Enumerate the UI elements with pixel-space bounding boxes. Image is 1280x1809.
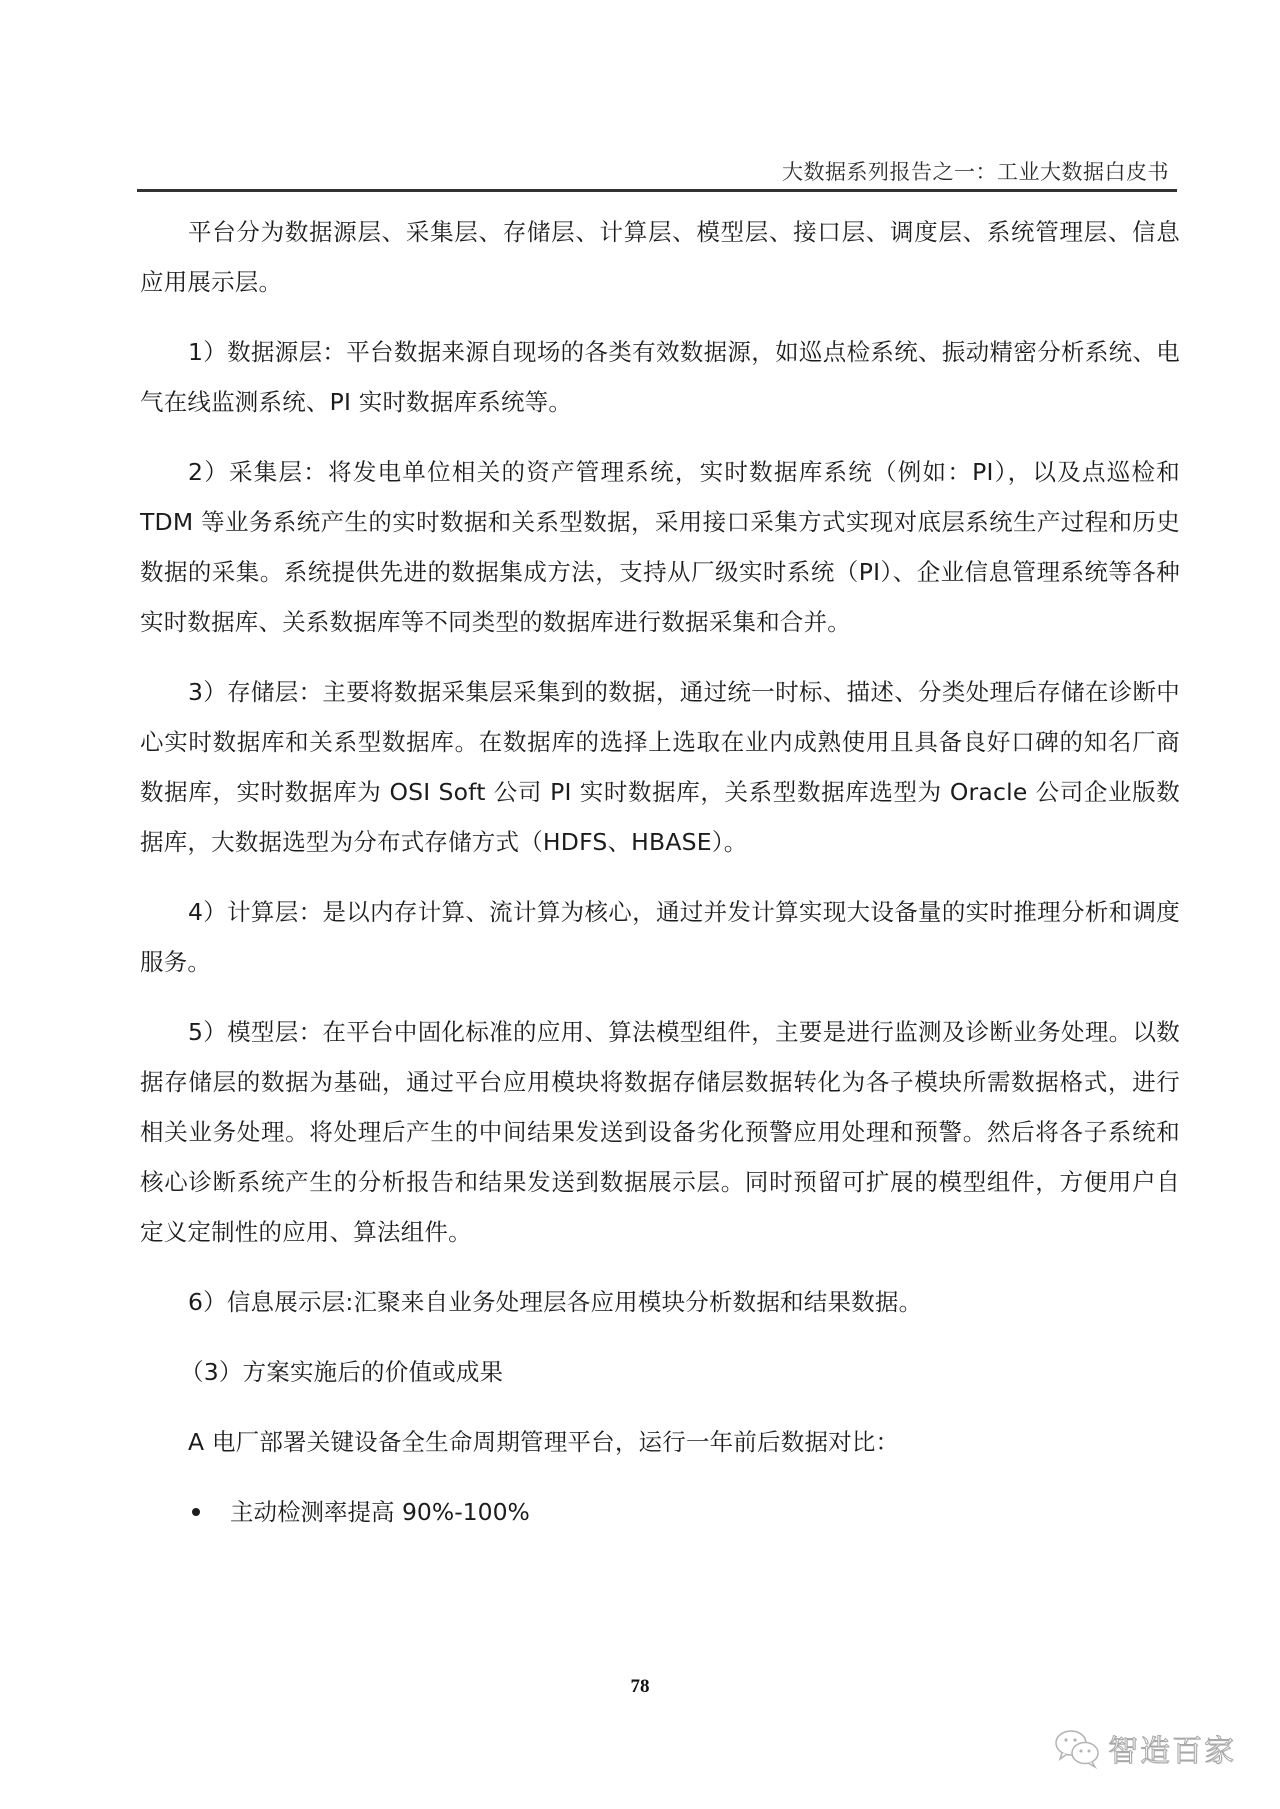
layer-paragraph-storage: 3）存储层：主要将数据采集层采集到的数据，通过统一时标、描述、分类处理后存储在诊… [140, 667, 1180, 867]
layer-paragraph-display: 6）信息展示层:汇聚来自业务处理层各应用模块分析数据和结果数据。 [140, 1277, 1180, 1327]
bullet-item: 主动检测率提高 90%-100% [140, 1487, 1180, 1537]
layer-paragraph-compute: 4）计算层：是以内存计算、流计算为核心，通过并发计算实现大设备量的实时推理分析和… [140, 887, 1180, 987]
watermark-text: 智造百家 [1108, 1726, 1236, 1770]
comparison-intro: A 电厂部署关键设备全生命周期管理平台，运行一年前后数据对比： [140, 1417, 1180, 1467]
layer-paragraph-model: 5）模型层：在平台中固化标准的应用、算法模型组件，主要是进行监测及诊断业务处理。… [140, 1007, 1180, 1257]
layer-paragraph-collection: 2）采集层：将发电单位相关的资产管理系统，实时数据库系统（例如：PI），以及点巡… [140, 447, 1180, 647]
wechat-icon [1054, 1727, 1102, 1769]
bullet-text: 主动检测率提高 90%-100% [230, 1487, 530, 1537]
intro-paragraph: 平台分为数据源层、采集层、存储层、计算层、模型层、接口层、调度层、系统管理层、信… [140, 207, 1180, 307]
section-heading: （3）方案实施后的价值或成果 [140, 1347, 1180, 1397]
watermark: 智造百家 [1054, 1726, 1236, 1770]
header-title: 大数据系列报告之一：工业大数据白皮书 [782, 156, 1169, 186]
bullet-icon [192, 1508, 200, 1516]
document-body: 平台分为数据源层、采集层、存储层、计算层、模型层、接口层、调度层、系统管理层、信… [140, 207, 1180, 1537]
running-header: 大数据系列报告之一：工业大数据白皮书 [137, 152, 1177, 192]
layer-paragraph-data-source: 1）数据源层：平台数据来源自现场的各类有效数据源，如巡点检系统、振动精密分析系统… [140, 327, 1180, 427]
page-number: 78 [0, 1676, 1280, 1698]
